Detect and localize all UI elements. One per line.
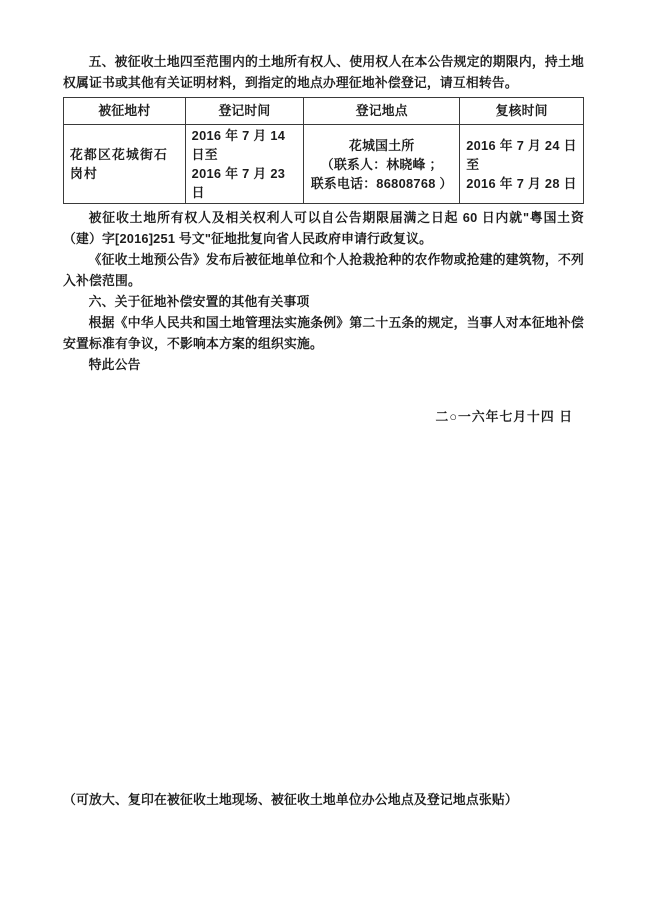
registration-table: 被征地村 登记时间 登记地点 复核时间 花都区花城街石岗村 2016 年 7 月…	[63, 97, 584, 204]
cell-register-location: 花城国土所 （联系人：林晓峰 ； 联系电话：86808768 ）	[304, 125, 460, 204]
register-time-line1: 2016 年 7 月 14 日至	[192, 126, 298, 164]
cell-review-time: 2016 年 7 月 24 日至 2016 年 7 月 28 日	[460, 125, 584, 204]
table-header-row: 被征地村 登记时间 登记地点 复核时间	[64, 98, 584, 125]
closing-statement: 特此公告	[63, 354, 584, 375]
footer-note: （可放大、复印在被征收土地现场、被征收土地单位办公地点及登记地点张贴）	[63, 789, 518, 810]
cell-register-time: 2016 年 7 月 14 日至 2016 年 7 月 23 日	[185, 125, 304, 204]
document-body: 五、被征收土地四至范围内的土地所有权人、使用权人在本公告规定的期限内，持土地权属…	[63, 51, 584, 375]
paragraph-administrative-review: 被征收土地所有权人及相关权利人可以自公告期限届满之日起 60 日内就"粤国土资（…	[63, 207, 584, 249]
column-header-village: 被征地村	[64, 98, 186, 125]
column-header-register-time: 登记时间	[185, 98, 304, 125]
column-header-review-time: 复核时间	[460, 98, 584, 125]
review-time-line2: 2016 年 7 月 28 日	[466, 174, 577, 193]
paragraph-section-five: 五、被征收土地四至范围内的土地所有权人、使用权人在本公告规定的期限内，持土地权属…	[63, 51, 584, 93]
location-contact-phone: 联系电话：86808768 ）	[310, 174, 453, 193]
date-line: 二○一六年七月十四 日	[436, 406, 573, 427]
review-time-line1: 2016 年 7 月 24 日至	[466, 136, 577, 174]
heading-section-six: 六、关于征地补偿安置的其他有关事项	[63, 291, 584, 312]
table-row: 花都区花城街石岗村 2016 年 7 月 14 日至 2016 年 7 月 23…	[64, 125, 584, 204]
cell-village: 花都区花城街石岗村	[64, 125, 186, 204]
column-header-register-location: 登记地点	[304, 98, 460, 125]
paragraph-pre-notice: 《征收土地预公告》发布后被征地单位和个人抢栽抢种的农作物或抢建的建筑物，不列入补…	[63, 249, 584, 291]
location-contact-person: （联系人：林晓峰 ；	[310, 155, 453, 174]
paragraph-dispute-clause: 根据《中华人民共和国土地管理法实施条例》第二十五条的规定，当事人对本征地补偿安置…	[63, 312, 584, 354]
notice-document-page: 五、被征收土地四至范围内的土地所有权人、使用权人在本公告规定的期限内，持土地权属…	[0, 0, 650, 919]
location-name: 花城国土所	[310, 136, 453, 155]
register-time-line2: 2016 年 7 月 23 日	[192, 164, 298, 202]
